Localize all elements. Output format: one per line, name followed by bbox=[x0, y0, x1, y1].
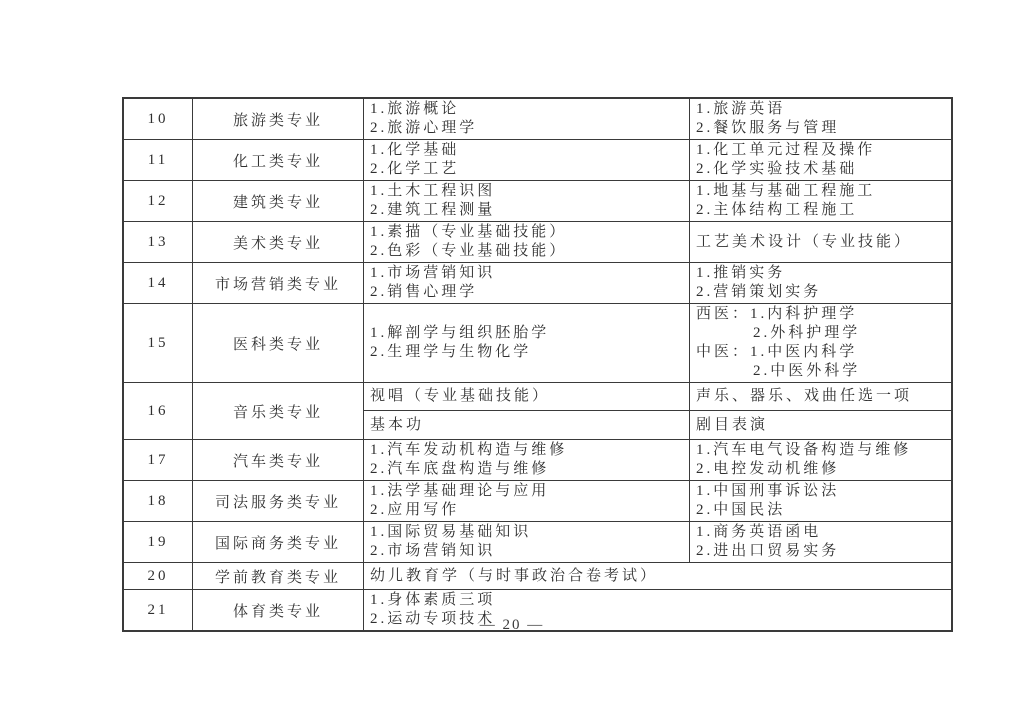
subject-line: 1.国际贸易基础知识 bbox=[370, 523, 683, 542]
subjects-secondary-cell: 1.推销实务 2.营销策划实务 bbox=[690, 263, 953, 304]
category-cell: 市场营销类专业 bbox=[193, 263, 364, 304]
row-number-cell: 15 bbox=[123, 304, 193, 383]
subject-line: 2.化学实验技术基础 bbox=[696, 160, 945, 179]
subject-line: 西医：1.内科护理学 bbox=[696, 305, 945, 324]
subject-line: 1.身体素质三项 bbox=[370, 591, 945, 610]
row-number-cell: 11 bbox=[123, 140, 193, 181]
subjects-primary-cell: 1.解剖学与组织胚胎学 2.生理学与生物化学 bbox=[364, 304, 690, 383]
subject-line: 1.法学基础理论与应用 bbox=[370, 482, 683, 501]
subject-line: 1.旅游英语 bbox=[696, 100, 945, 119]
subject-line: 2.主体结构工程施工 bbox=[696, 201, 945, 220]
table-row: 13 美术类专业 1.素描（专业基础技能） 2.色彩（专业基础技能） 工艺美术设… bbox=[123, 222, 952, 263]
subject-line: 2.销售心理学 bbox=[370, 283, 683, 302]
subjects-secondary-cell: 1.旅游英语 2.餐饮服务与管理 bbox=[690, 98, 953, 140]
subject-line: 2.中医外科学 bbox=[696, 362, 945, 381]
subject-line: 1.解剖学与组织胚胎学 bbox=[370, 324, 683, 343]
subject-line: 2.餐饮服务与管理 bbox=[696, 119, 945, 138]
subjects-secondary-cell: 1.化工单元过程及操作 2.化学实验技术基础 bbox=[690, 140, 953, 181]
subject-line: 基本功 bbox=[370, 416, 683, 435]
subjects-primary-cell: 1.市场营销知识 2.销售心理学 bbox=[364, 263, 690, 304]
table-row: 10 旅游类专业 1.旅游概论 2.旅游心理学 1.旅游英语 2.餐饮服务与管理 bbox=[123, 98, 952, 140]
row-number-cell: 18 bbox=[123, 481, 193, 522]
subjects-secondary-cell: 1.汽车电气设备构造与维修 2.电控发动机维修 bbox=[690, 440, 953, 481]
table-row: 19 国际商务类专业 1.国际贸易基础知识 2.市场营销知识 1.商务英语函电 … bbox=[123, 522, 952, 563]
category-cell: 建筑类专业 bbox=[193, 181, 364, 222]
subject-line: 1.商务英语函电 bbox=[696, 523, 945, 542]
subjects-primary-cell: 1.法学基础理论与应用 2.应用写作 bbox=[364, 481, 690, 522]
table-row: 18 司法服务类专业 1.法学基础理论与应用 2.应用写作 1.中国刑事诉讼法 … bbox=[123, 481, 952, 522]
row-number-cell: 17 bbox=[123, 440, 193, 481]
page-number: — 20 — bbox=[0, 617, 1024, 634]
subjects-secondary-cell: 1.商务英语函电 2.进出口贸易实务 bbox=[690, 522, 953, 563]
subject-line: 1.汽车发动机构造与维修 bbox=[370, 441, 683, 460]
table-row: 14 市场营销类专业 1.市场营销知识 2.销售心理学 1.推销实务 2.营销策… bbox=[123, 263, 952, 304]
subject-line: 2.色彩（专业基础技能） bbox=[370, 242, 683, 261]
subjects-merged-cell: 幼儿教育学（与时事政治合卷考试） bbox=[364, 563, 953, 590]
subject-line: 中医：1.中医内科学 bbox=[696, 343, 945, 362]
category-cell: 医科类专业 bbox=[193, 304, 364, 383]
subjects-primary-cell: 1.旅游概论 2.旅游心理学 bbox=[364, 98, 690, 140]
category-cell: 国际商务类专业 bbox=[193, 522, 364, 563]
subjects-primary-cell: 基本功 bbox=[364, 411, 690, 440]
subject-line: 2.应用写作 bbox=[370, 501, 683, 520]
table-row: 20 学前教育类专业 幼儿教育学（与时事政治合卷考试） bbox=[123, 563, 952, 590]
subject-line: 视唱（专业基础技能） bbox=[370, 387, 683, 406]
subject-line: 1.市场营销知识 bbox=[370, 264, 683, 283]
subject-line: 2.汽车底盘构造与维修 bbox=[370, 460, 683, 479]
category-cell: 学前教育类专业 bbox=[193, 563, 364, 590]
subject-line: 2.电控发动机维修 bbox=[696, 460, 945, 479]
row-number-cell: 16 bbox=[123, 383, 193, 440]
category-cell: 美术类专业 bbox=[193, 222, 364, 263]
table-row: 12 建筑类专业 1.土木工程识图 2.建筑工程测量 1.地基与基础工程施工 2… bbox=[123, 181, 952, 222]
category-cell: 化工类专业 bbox=[193, 140, 364, 181]
subject-line: 2.生理学与生物化学 bbox=[370, 343, 683, 362]
subjects-secondary-cell: 声乐、器乐、戏曲任选一项 bbox=[690, 383, 953, 411]
subject-line: 1.化学基础 bbox=[370, 141, 683, 160]
row-number-cell: 12 bbox=[123, 181, 193, 222]
subjects-secondary-cell: 剧目表演 bbox=[690, 411, 953, 440]
subjects-primary-cell: 1.土木工程识图 2.建筑工程测量 bbox=[364, 181, 690, 222]
row-number-cell: 19 bbox=[123, 522, 193, 563]
subjects-primary-cell: 1.素描（专业基础技能） 2.色彩（专业基础技能） bbox=[364, 222, 690, 263]
subjects-secondary-cell: 1.中国刑事诉讼法 2.中国民法 bbox=[690, 481, 953, 522]
subjects-secondary-cell: 1.地基与基础工程施工 2.主体结构工程施工 bbox=[690, 181, 953, 222]
subject-line: 幼儿教育学（与时事政治合卷考试） bbox=[370, 567, 945, 586]
row-number-cell: 14 bbox=[123, 263, 193, 304]
table-row: 15 医科类专业 1.解剖学与组织胚胎学 2.生理学与生物化学 西医：1.内科护… bbox=[123, 304, 952, 383]
subjects-table: 10 旅游类专业 1.旅游概论 2.旅游心理学 1.旅游英语 2.餐饮服务与管理… bbox=[122, 97, 953, 632]
subject-line: 2.建筑工程测量 bbox=[370, 201, 683, 220]
subject-line: 1.地基与基础工程施工 bbox=[696, 182, 945, 201]
subject-line: 2.外科护理学 bbox=[696, 324, 945, 343]
table-row: 16 音乐类专业 视唱（专业基础技能） 声乐、器乐、戏曲任选一项 bbox=[123, 383, 952, 411]
subjects-primary-cell: 1.汽车发动机构造与维修 2.汽车底盘构造与维修 bbox=[364, 440, 690, 481]
row-number-cell: 10 bbox=[123, 98, 193, 140]
subjects-secondary-cell: 西医：1.内科护理学 2.外科护理学 中医：1.中医内科学 2.中医外科学 bbox=[690, 304, 953, 383]
subject-line: 1.汽车电气设备构造与维修 bbox=[696, 441, 945, 460]
subject-line: 2.进出口贸易实务 bbox=[696, 542, 945, 561]
subject-line: 1.推销实务 bbox=[696, 264, 945, 283]
category-cell: 司法服务类专业 bbox=[193, 481, 364, 522]
subject-line: 2.中国民法 bbox=[696, 501, 945, 520]
subjects-secondary-cell: 工艺美术设计（专业技能） bbox=[690, 222, 953, 263]
subject-line: 剧目表演 bbox=[696, 416, 945, 435]
subject-line: 2.化学工艺 bbox=[370, 160, 683, 179]
subjects-primary-cell: 1.化学基础 2.化学工艺 bbox=[364, 140, 690, 181]
subject-line: 1.素描（专业基础技能） bbox=[370, 223, 683, 242]
category-cell: 旅游类专业 bbox=[193, 98, 364, 140]
subjects-primary-cell: 1.国际贸易基础知识 2.市场营销知识 bbox=[364, 522, 690, 563]
subject-line: 2.营销策划实务 bbox=[696, 283, 945, 302]
category-cell: 音乐类专业 bbox=[193, 383, 364, 440]
subject-line: 声乐、器乐、戏曲任选一项 bbox=[696, 387, 945, 406]
subject-line: 工艺美术设计（专业技能） bbox=[696, 233, 945, 252]
subject-line: 1.旅游概论 bbox=[370, 100, 683, 119]
category-cell: 汽车类专业 bbox=[193, 440, 364, 481]
subjects-primary-cell: 视唱（专业基础技能） bbox=[364, 383, 690, 411]
subject-line: 1.中国刑事诉讼法 bbox=[696, 482, 945, 501]
subject-line: 1.土木工程识图 bbox=[370, 182, 683, 201]
subject-line: 2.旅游心理学 bbox=[370, 119, 683, 138]
subject-line: 1.化工单元过程及操作 bbox=[696, 141, 945, 160]
row-number-cell: 13 bbox=[123, 222, 193, 263]
document-page: 10 旅游类专业 1.旅游概论 2.旅游心理学 1.旅游英语 2.餐饮服务与管理… bbox=[0, 0, 1024, 724]
table-row: 17 汽车类专业 1.汽车发动机构造与维修 2.汽车底盘构造与维修 1.汽车电气… bbox=[123, 440, 952, 481]
subject-line: 2.市场营销知识 bbox=[370, 542, 683, 561]
row-number-cell: 20 bbox=[123, 563, 193, 590]
table-row: 11 化工类专业 1.化学基础 2.化学工艺 1.化工单元过程及操作 2.化学实… bbox=[123, 140, 952, 181]
